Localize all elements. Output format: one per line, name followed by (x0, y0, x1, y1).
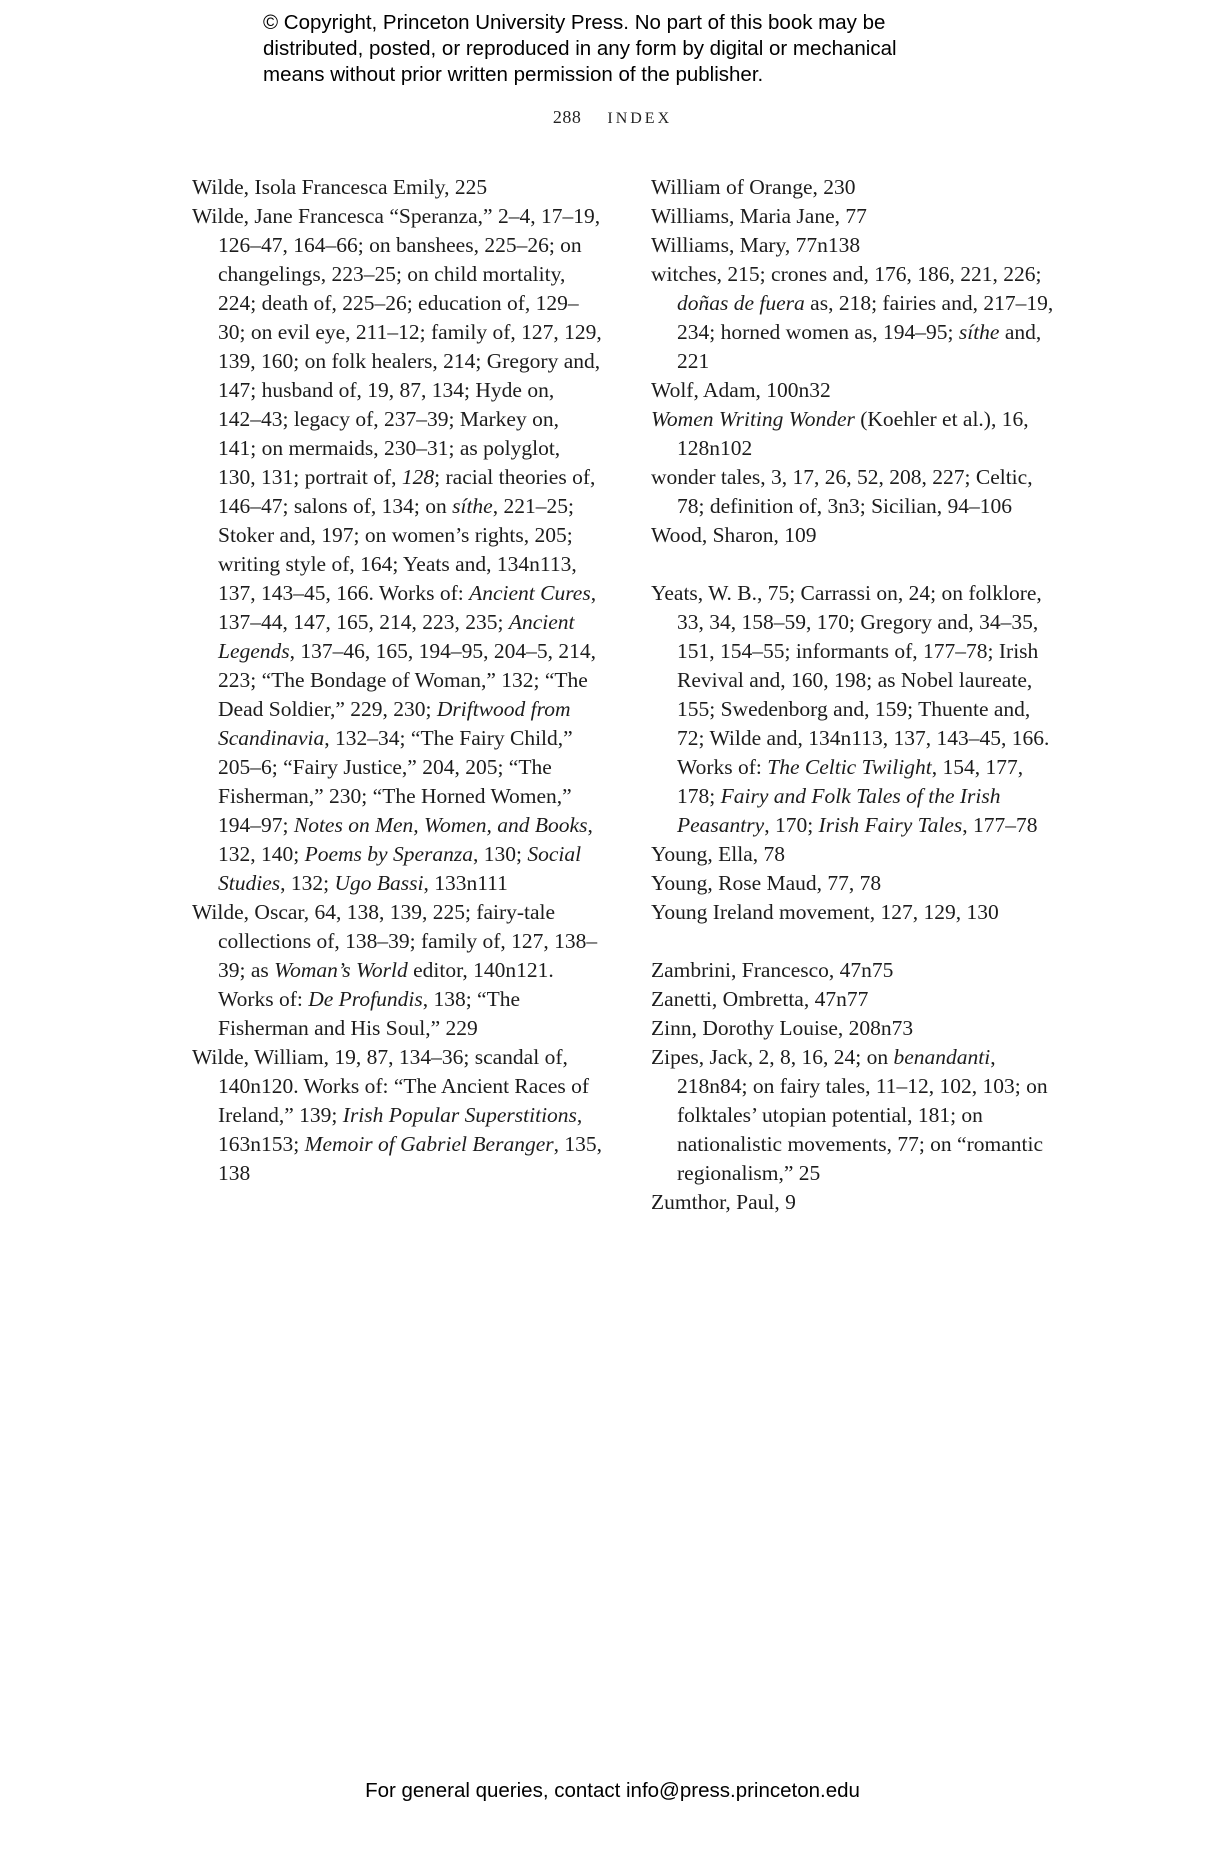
letter-group-gap (651, 550, 1056, 579)
italic-title: Ancient Cures (469, 581, 591, 605)
entry-text: Zipes, Jack, 2, 8, 16, 24; on (651, 1045, 893, 1069)
index-entry: Wilde, Jane Francesca “Speranza,” 2–4, 1… (192, 202, 602, 898)
index-entry: Wilde, Isola Francesca Emily, 225 (192, 173, 602, 202)
index-entry: William of Orange, 230 (651, 173, 1056, 202)
index-entry: Wood, Sharon, 109 (651, 521, 1056, 550)
italic-title: The Celtic Twilight (767, 755, 931, 779)
copyright-notice: © Copyright, Princeton University Press.… (263, 10, 983, 88)
entry-text: Wolf, Adam, 100n32 (651, 378, 831, 402)
entry-text: Wood, Sharon, 109 (651, 523, 816, 547)
entry-text: Young, Ella, 78 (651, 842, 785, 866)
index-entry: wonder tales, 3, 17, 26, 52, 208, 227; C… (651, 463, 1056, 521)
section-title: INDEX (607, 110, 672, 127)
index-entry: witches, 215; crones and, 176, 186, 221,… (651, 260, 1056, 376)
index-entry: Young Ireland movement, 127, 129, 130 (651, 898, 1056, 927)
italic-title: Woman’s World (274, 958, 408, 982)
italic-title: síthe (452, 494, 493, 518)
index-entry: Zinn, Dorothy Louise, 208n73 (651, 1014, 1056, 1043)
copyright-line: © Copyright, Princeton University Press.… (263, 10, 983, 36)
index-entry: Zambrini, Francesco, 47n75 (651, 956, 1056, 985)
index-entry: Williams, Mary, 77n138 (651, 231, 1056, 260)
entry-text: Zambrini, Francesco, 47n75 (651, 958, 893, 982)
index-entry: Young, Rose Maud, 77, 78 (651, 869, 1056, 898)
italic-title: Irish Popular Supersti­tions (343, 1103, 577, 1127)
page-number: 288 (553, 107, 582, 127)
running-head: 288INDEX (0, 107, 1225, 128)
italic-title: Women Writing Wonder (651, 407, 855, 431)
entry-text: , 130; (473, 842, 527, 866)
index-entry: Wilde, William, 19, 87, 134–36; scandal … (192, 1043, 602, 1188)
entry-text: Wilde, Jane Francesca “Speranza,” 2–4, 1… (192, 204, 602, 489)
italic-title: Poems by Speranza (305, 842, 473, 866)
italic-title: benandanti (893, 1045, 990, 1069)
entry-text: , 177–78 (962, 813, 1037, 837)
italic-title: Notes on Men, Women, and Books (294, 813, 588, 837)
entry-text: Williams, Maria Jane, 77 (651, 204, 867, 228)
italic-title: doñas de fuera (677, 291, 805, 315)
italic-title: De Profundis (308, 987, 422, 1011)
index-entry: Zipes, Jack, 2, 8, 16, 24; on benandanti… (651, 1043, 1056, 1188)
entry-text: William of Orange, 230 (651, 175, 856, 199)
entry-text: , 132; (280, 871, 334, 895)
entry-text: , 133n111 (423, 871, 507, 895)
entry-text: Zanetti, Ombretta, 47n77 (651, 987, 868, 1011)
copyright-line: means without prior written permission o… (263, 62, 983, 88)
italic-title: Memoir of Gabriel Beranger (305, 1132, 554, 1156)
index-column-left: Wilde, Isola Francesca Emily, 225Wilde, … (192, 173, 602, 1188)
index-entry: Young, Ella, 78 (651, 840, 1056, 869)
italic-title: síthe (959, 320, 1000, 344)
entry-text: wonder tales, 3, 17, 26, 52, 208, 227; C… (651, 465, 1033, 518)
entry-text: , 170; (764, 813, 818, 837)
index-entry: Wolf, Adam, 100n32 (651, 376, 1056, 405)
contact-footer: For general queries, contact info@press.… (0, 1779, 1225, 1803)
index-entry: Women Writing Wonder (Koehler et al.), 1… (651, 405, 1056, 463)
index-column-right: William of Orange, 230Williams, Maria Ja… (651, 173, 1056, 1217)
entry-text: Young, Rose Maud, 77, 78 (651, 871, 881, 895)
entry-text: Williams, Mary, 77n138 (651, 233, 860, 257)
entry-text: Yeats, W. B., 75; Carrassi on, 24; on fo… (651, 581, 1049, 779)
italic-title: Ugo Bassi (334, 871, 423, 895)
entry-text: Zinn, Dorothy Louise, 208n73 (651, 1016, 913, 1040)
index-entry: Zanetti, Ombretta, 47n77 (651, 985, 1056, 1014)
index-entry: Wilde, Oscar, 64, 138, 139, 225; fairy-t… (192, 898, 602, 1043)
entry-text: Wilde, Isola Francesca Emily, 225 (192, 175, 487, 199)
italic-title: Irish Fairy Tales (819, 813, 963, 837)
entry-text: witches, 215; crones and, 176, 186, 221,… (651, 262, 1042, 286)
letter-group-gap (651, 927, 1056, 956)
entry-text: Young Ireland movement, 127, 129, 130 (651, 900, 999, 924)
index-entry: Zumthor, Paul, 9 (651, 1188, 1056, 1217)
index-entry: Williams, Maria Jane, 77 (651, 202, 1056, 231)
copyright-line: distributed, posted, or reproduced in an… (263, 36, 983, 62)
entry-text: Zumthor, Paul, 9 (651, 1190, 796, 1214)
italic-title: 128 (402, 465, 434, 489)
index-entry: Yeats, W. B., 75; Carrassi on, 24; on fo… (651, 579, 1056, 840)
